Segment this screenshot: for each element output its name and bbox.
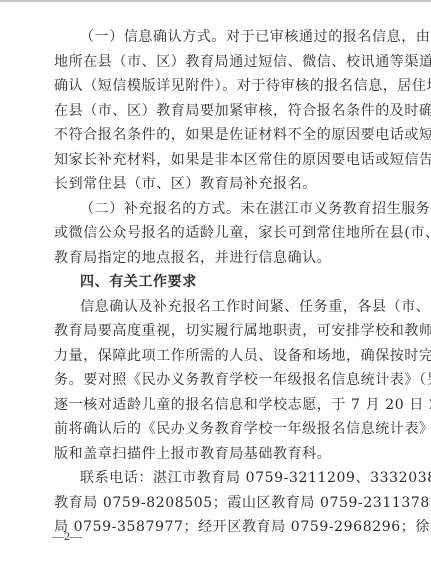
text-line: 在县（市、区）教育局要加紧审核，符合报名条件的及时确认； [54,99,384,124]
text-line: 版和盖章扫描件上报市教育局基础教育科。 [54,442,384,467]
section-heading: 四、有关工作要求 [54,270,384,295]
text-line: 不符合报名条件的，如果是佐证材料不全的原因要电话或短信告 [54,123,384,148]
text-line: 前将确认后的《民办义务教育学校一年级报名信息统计表》电子 [54,417,384,442]
paragraph-contacts: 联系电话：湛江市教育局 0759-3211209、3332038；赤坎区 教育局… [54,466,384,540]
paragraph-info-confirm: （一）信息确认方式。对于已审核通过的报名信息，由居住 地所在县（市、区）教育局通… [54,25,384,197]
text-line: （二）补充报名的方式。未在湛江市义务教育招生服务平台 [54,197,384,222]
text-line: 联系电话：湛江市教育局 0759-3211209、3332038；赤坎区 [54,466,384,491]
paragraph-supplement: （二）补充报名的方式。未在湛江市义务教育招生服务平台 或微信公众号报名的适龄儿童… [54,197,384,271]
text-line: 确认（短信模版详见附件）。对于待审核的报名信息，居住地所 [54,74,384,99]
text-line: 知家长补充材料，如果是非本区常住的原因要电话或短信告知家 [54,148,384,173]
text-line: 教育局指定的地点报名，并进行信息确认。 [54,246,384,271]
text-line: 或微信公众号报名的适龄儿童，家长可到常住地所在县(市、区） [54,221,384,246]
text-line: 地所在县（市、区）教育局通过短信、微信、校讯通等渠道进行 [54,50,384,75]
document-page: （一）信息确认方式。对于已审核通过的报名信息，由居住 地所在县（市、区）教育局通… [54,25,384,540]
text-line: 逐一核对适龄儿童的报名信息和学校志愿，于 7 月 20 日 24：00 [54,393,384,418]
text-line: 信息确认及补充报名工作时间紧、任务重，各县（市、区） [54,295,384,320]
text-line: （一）信息确认方式。对于已审核通过的报名信息，由居住 [54,25,384,50]
page-number: —2— [52,529,82,544]
text-line: 局 0759-3587977；经开区教育局 0759-2968296；徐闻县教育… [54,515,384,540]
paragraph-requirements: 信息确认及补充报名工作时间紧、任务重，各县（市、区） 教育局要高度重视，切实履行… [54,295,384,467]
text-line: 务。要对照《民办义务教育学校一年级报名信息统计表》（另发）， [54,368,384,393]
text-line: 力量，保障此项工作所需的人员、设备和场地，确保按时完成任 [54,344,384,369]
text-line: 长到常住县（市、区）教育局补充报名。 [54,172,384,197]
text-line: 教育局 0759-8208505；霞山区教育局 0759-2311378；麻章区… [54,491,384,516]
top-border-rule [0,0,431,2]
text-line: 教育局要高度重视，切实履行属地职责，可安排学校和教师充实 [54,319,384,344]
